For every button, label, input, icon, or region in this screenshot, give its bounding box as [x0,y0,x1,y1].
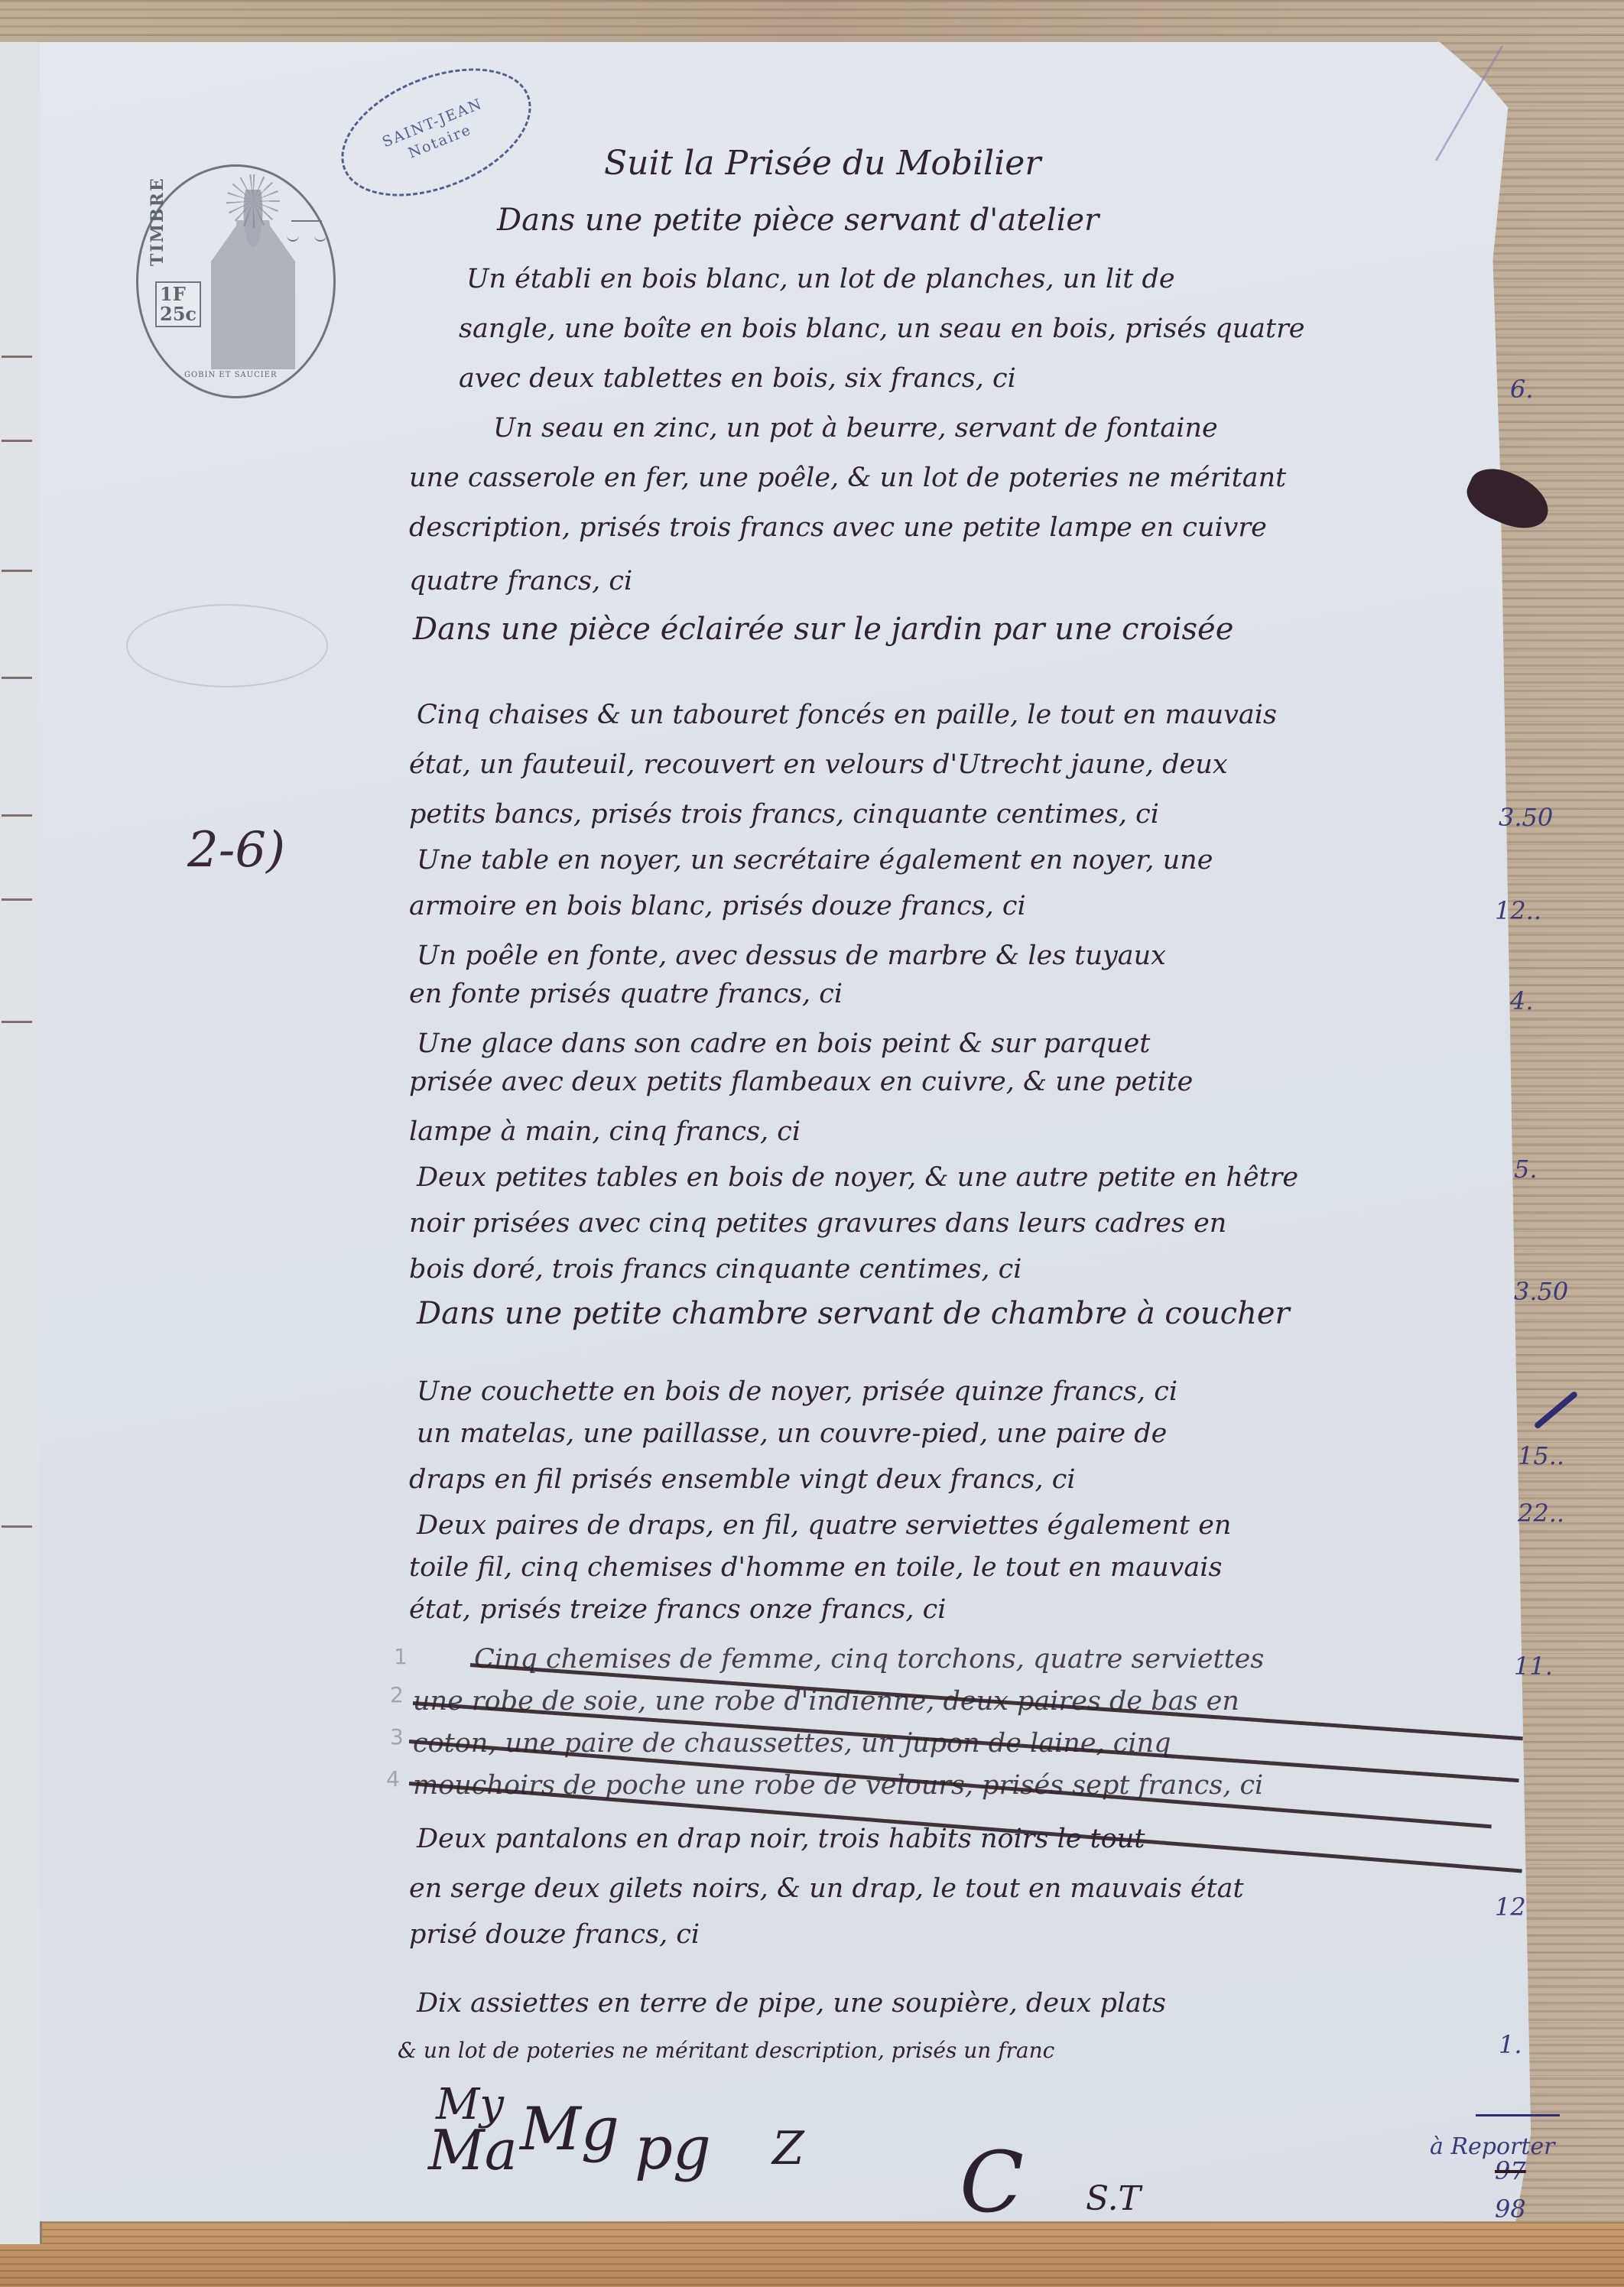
pencil-line-number: 1 [394,1644,408,1669]
timbre-value-centimes: 25c [160,304,197,324]
entry-line: état, un fauteuil, recouvert en velours … [409,749,1228,780]
previous-page-ink-mark [2,356,32,358]
struck-total: 97 [1495,2156,1526,2185]
entry-line: Une table en noyer, un secrétaire égalem… [417,845,1213,875]
amount-value: 3.50 [1499,803,1553,832]
amount-value: 11. [1514,1652,1553,1681]
signature-initials: pg [635,2114,711,2183]
signature-flourish: C [960,2133,1024,2231]
pencil-line-number: 3 [390,1724,404,1749]
seated-justice-figure-icon [211,190,295,369]
entry-line: Un poêle en fonte, avec dessus de marbre… [417,940,1166,971]
previous-page-ink-mark [2,1525,32,1528]
carry-forward-total: 98 [1495,2194,1526,2224]
entry-line: description, prisés trois francs avec un… [409,512,1267,543]
entry-line: Un seau en zinc, un pot à beurre, servan… [493,413,1218,443]
carry-forward-label: à Reporter [1430,2133,1555,2160]
timbre-engraver: GOBIN ET SAUCIER [184,371,278,379]
scales-of-justice-icon [291,220,322,260]
table-edge [0,2222,1624,2287]
document-title: Suit la Prisée du Mobilier [604,144,1041,183]
timbre-label: TIMBRE [148,177,167,266]
entry-line: & un lot de poteries ne méritant descrip… [398,2038,1054,2063]
fiscal-stamp-timbre: TIMBRE 1F 25c GOBIN ET SAUCIER [136,164,336,398]
previous-page-ink-mark [2,677,32,679]
entry-line: Une glace dans son cadre en bois peint &… [417,1028,1150,1059]
entry-line: bois doré, trois francs cinquante centim… [409,1254,1021,1285]
previous-page-edge [0,42,42,2244]
entry-line: draps en fil prisés ensemble vingt deux … [409,1464,1076,1495]
amount-value: 4. [1510,986,1534,1015]
amount-value: 22.. [1518,1499,1564,1528]
entry-line: armoire en bois blanc, prisés douze fran… [409,891,1026,921]
struck-entry-line: coton, une paire de chaussettes, un jupo… [413,1728,1171,1759]
pencil-line-number: 2 [390,1682,404,1707]
previous-page-ink-mark [2,898,32,901]
entry-line: prisée avec deux petits flambeaux en cui… [409,1067,1193,1097]
entry-line: un matelas, une paillasse, un couvre-pie… [417,1418,1167,1449]
entry-line: prisé douze francs, ci [409,1919,700,1950]
signature-initials: Ma [428,2118,518,2182]
entry-line: Un établi en bois blanc, un lot de planc… [466,264,1175,294]
entry-line: en serge deux gilets noirs, & un drap, l… [409,1873,1244,1904]
amount-value: 12 [1495,1892,1526,1922]
entry-line: quatre francs, ci [409,566,632,596]
timbre-value-francs: 1F [160,284,197,304]
entry-line: Une couchette en bois de noyer, prisée q… [417,1376,1177,1407]
entry-line: Cinq chaises & un tabouret foncés en pai… [417,700,1277,730]
section-heading: Dans une petite pièce servant d'atelier [497,203,1099,238]
timbre-value: 1F 25c [155,281,201,327]
entry-line: Deux paires de draps, en fil, quatre ser… [417,1510,1231,1541]
entry-line: toile fil, cinq chemises d'homme en toil… [409,1552,1222,1583]
entry-line: état, prisés treize francs onze francs, … [409,1594,946,1625]
entry-line: avec deux tablettes en bois, six francs,… [459,363,1016,394]
signature-initials: S.T [1086,2179,1141,2218]
struck-entry-line: Cinq chemises de femme, cinq torchons, q… [474,1644,1264,1675]
amount-value: 15.. [1518,1441,1564,1470]
previous-page-ink-mark [2,1021,32,1023]
section-heading: Dans une pièce éclairée sur le jardin pa… [413,612,1233,647]
amount-value: 1. [1499,2030,1522,2059]
margin-reference-number: 2-6) [187,822,285,879]
entry-line: petits bancs, prisés trois francs, cinqu… [409,799,1159,830]
pencil-line-number: 4 [386,1766,400,1792]
amount-value: 6. [1510,375,1534,404]
entry-line: Deux petites tables en bois de noyer, & … [417,1162,1298,1193]
signature-initials: Mg [520,2095,619,2164]
entry-line: noir prisées avec cinq petites gravures … [409,1208,1226,1239]
entry-line: une casserole en fer, une poêle, & un lo… [409,463,1286,493]
section-heading: Dans une petite chambre servant de chamb… [417,1296,1290,1331]
previous-page-ink-mark [2,440,32,442]
faded-dry-seal [126,604,328,687]
previous-page-ink-mark [2,814,32,817]
entry-line: sangle, une boîte en bois blanc, un seau… [459,313,1305,344]
total-rule [1476,2114,1560,2116]
entry-line: en fonte prisés quatre francs, ci [409,979,843,1009]
previous-page-ink-mark [2,570,32,572]
entry-line: Dix assiettes en terre de pipe, une soup… [417,1988,1166,2019]
entry-line: Deux pantalons en drap noir, trois habit… [417,1824,1145,1854]
signature-mark: Z [772,2122,804,2175]
amount-value: 12.. [1495,896,1541,925]
entry-line: lampe à main, cinq francs, ci [409,1116,801,1147]
amount-value: 3.50 [1514,1277,1568,1306]
amount-value: 5. [1514,1155,1538,1184]
